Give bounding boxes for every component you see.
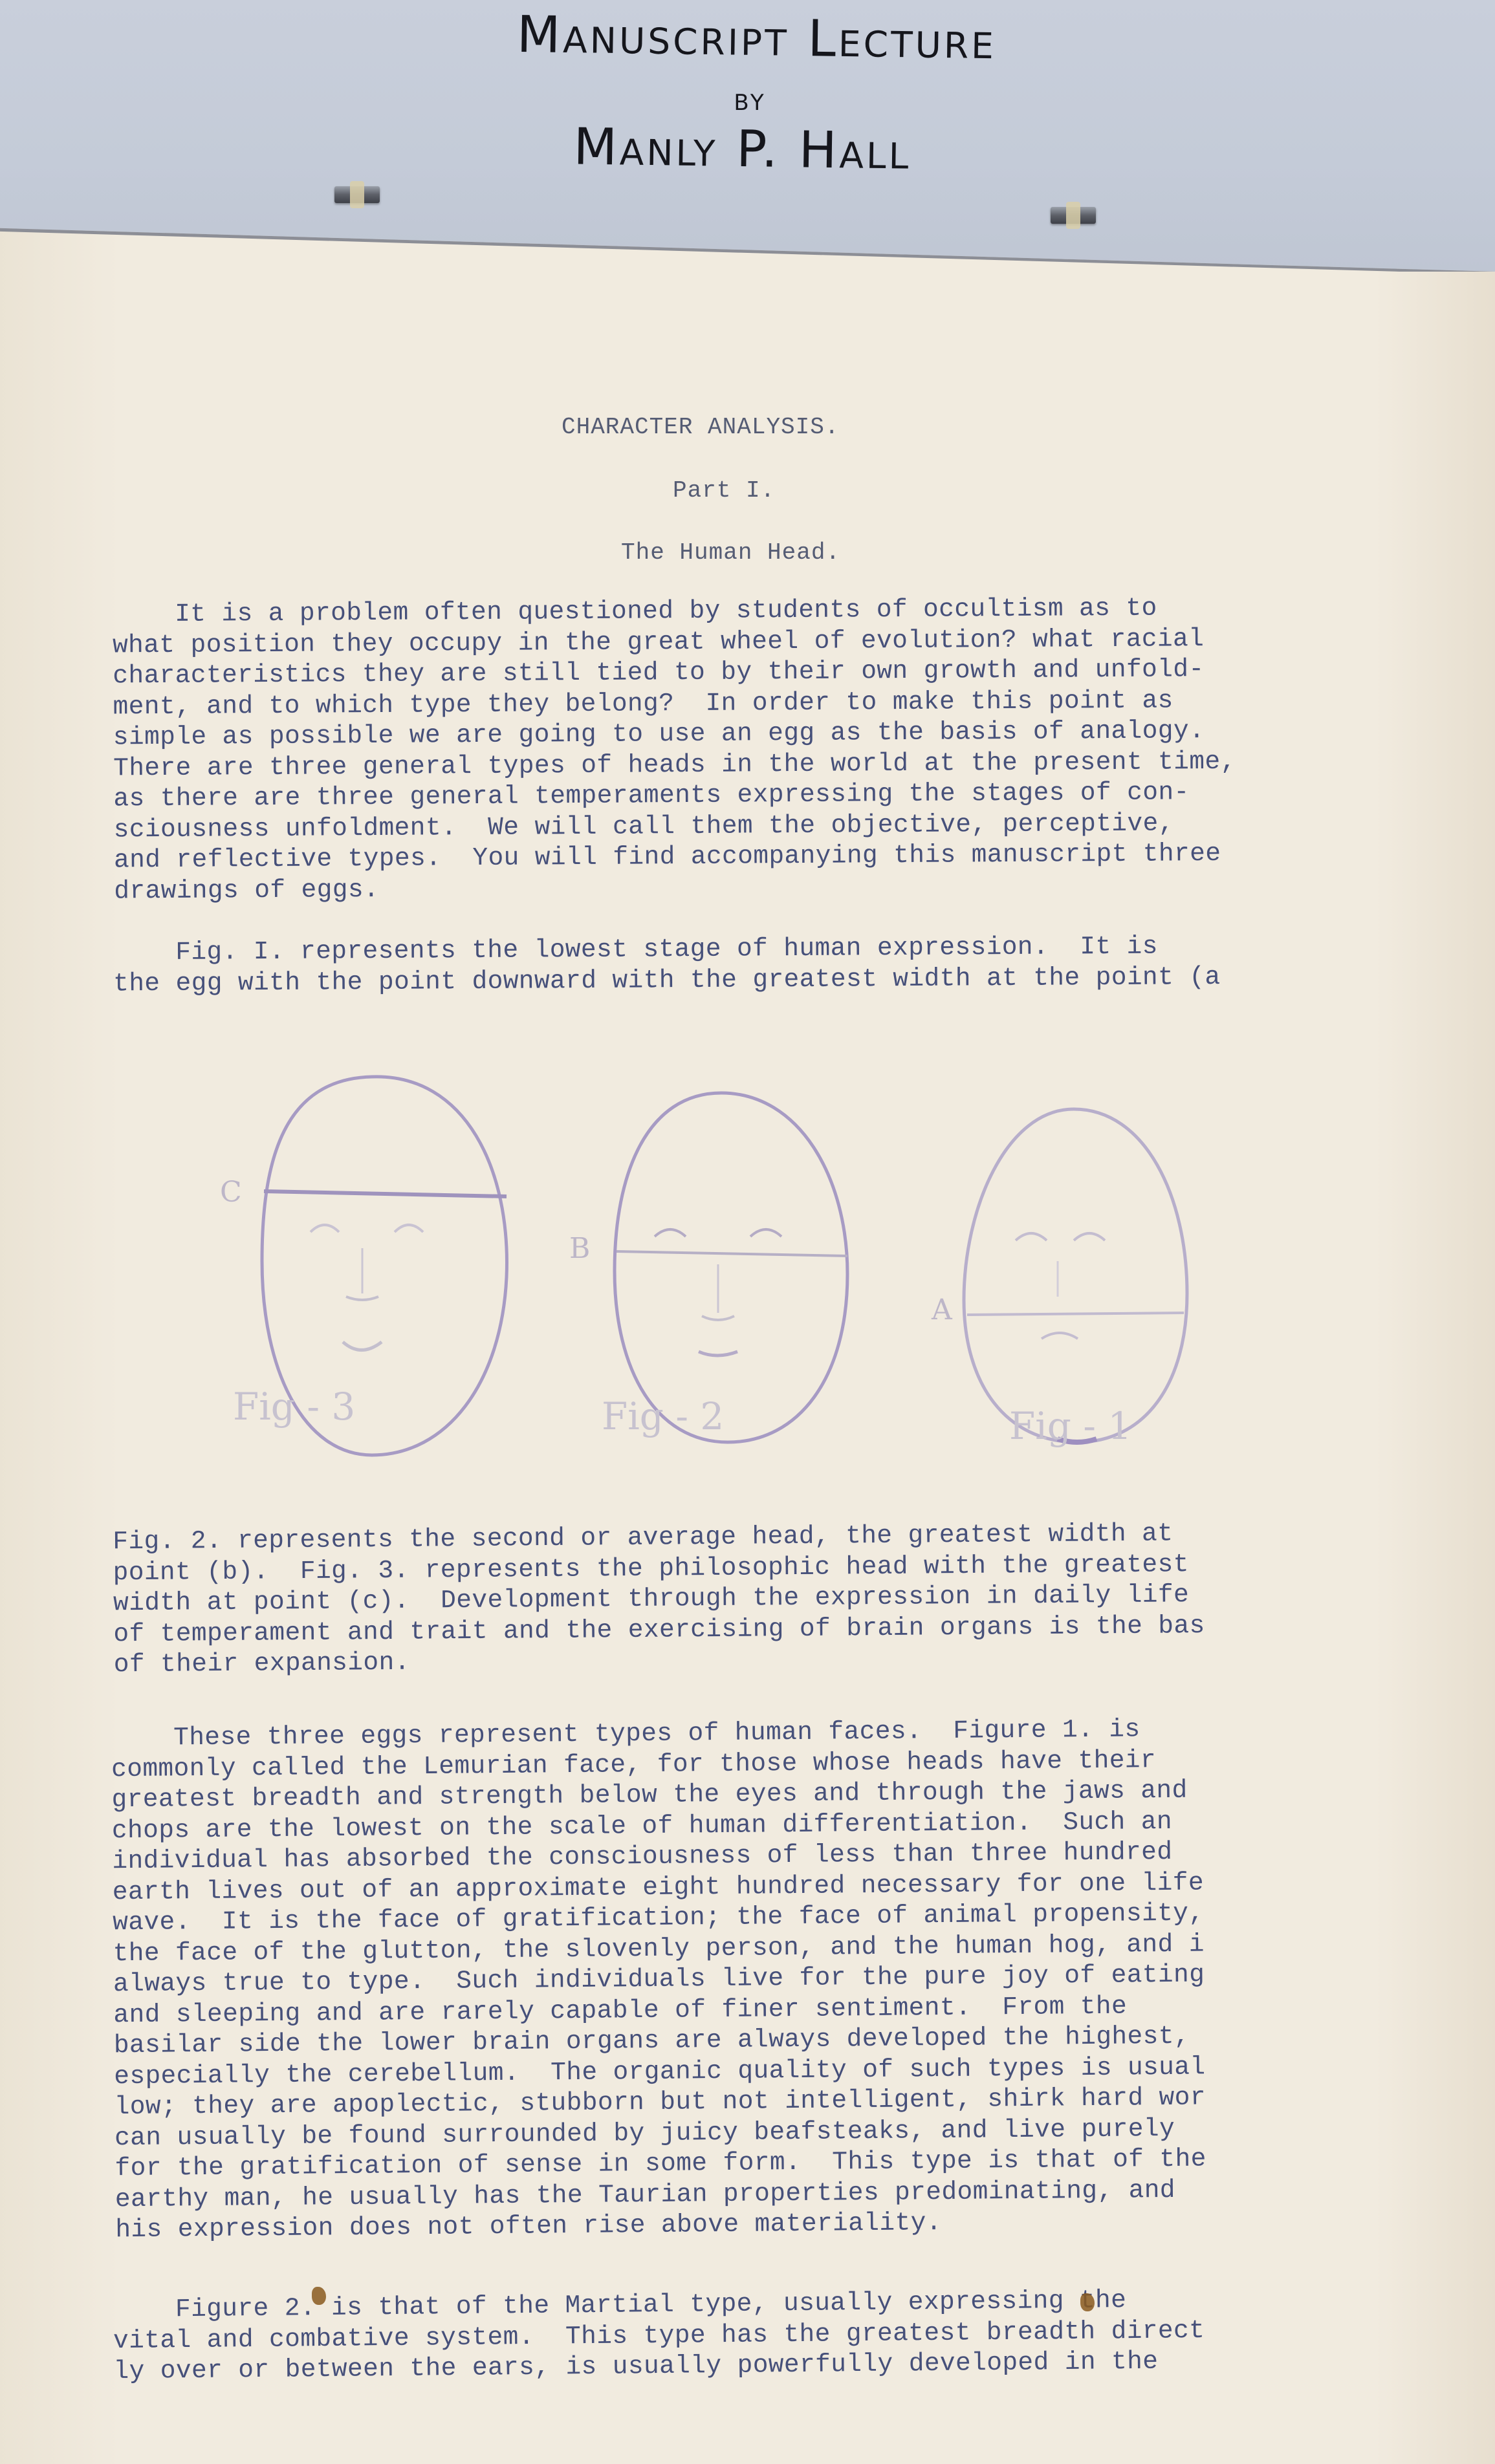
document-title: CHARACTER ANALYSIS.: [562, 414, 839, 440]
document-part: Part I.: [673, 477, 775, 504]
figure-1-drawing: [964, 1109, 1187, 1442]
document-subtitle: The Human Head.: [621, 539, 840, 566]
paragraph-lemurian-face: These three eggs represent types of huma…: [111, 1711, 1481, 2245]
brad-fastener-icon: [1051, 207, 1096, 224]
brad-fastener-icon: [334, 186, 380, 203]
figure-2-point-label: B: [569, 1232, 590, 1265]
rust-stain: [312, 2287, 326, 2305]
figure-2-label: Fig - 2: [602, 1394, 724, 1438]
cover-by: by: [3, 81, 1495, 118]
egg-figures: C Fig - 3 B Fig - 2 A Fig - 1: [0, 1048, 1495, 1468]
figure-2-drawing: [615, 1093, 847, 1442]
rust-stain: [1080, 2293, 1095, 2311]
figure-3-point-label: C: [220, 1176, 242, 1209]
figure-1-label: Fig - 1: [1009, 1404, 1131, 1448]
paragraph-fig2-fig3: Fig. 2. represents the second or average…: [113, 1516, 1479, 1680]
paragraph-intro: It is a problem often questioned by stud…: [113, 591, 1479, 907]
figure-3-label: Fig - 3: [233, 1385, 355, 1429]
paragraph-fig1: Fig. I. represents the lowest stage of h…: [113, 929, 1479, 999]
figure-1-point-label: A: [931, 1293, 953, 1326]
